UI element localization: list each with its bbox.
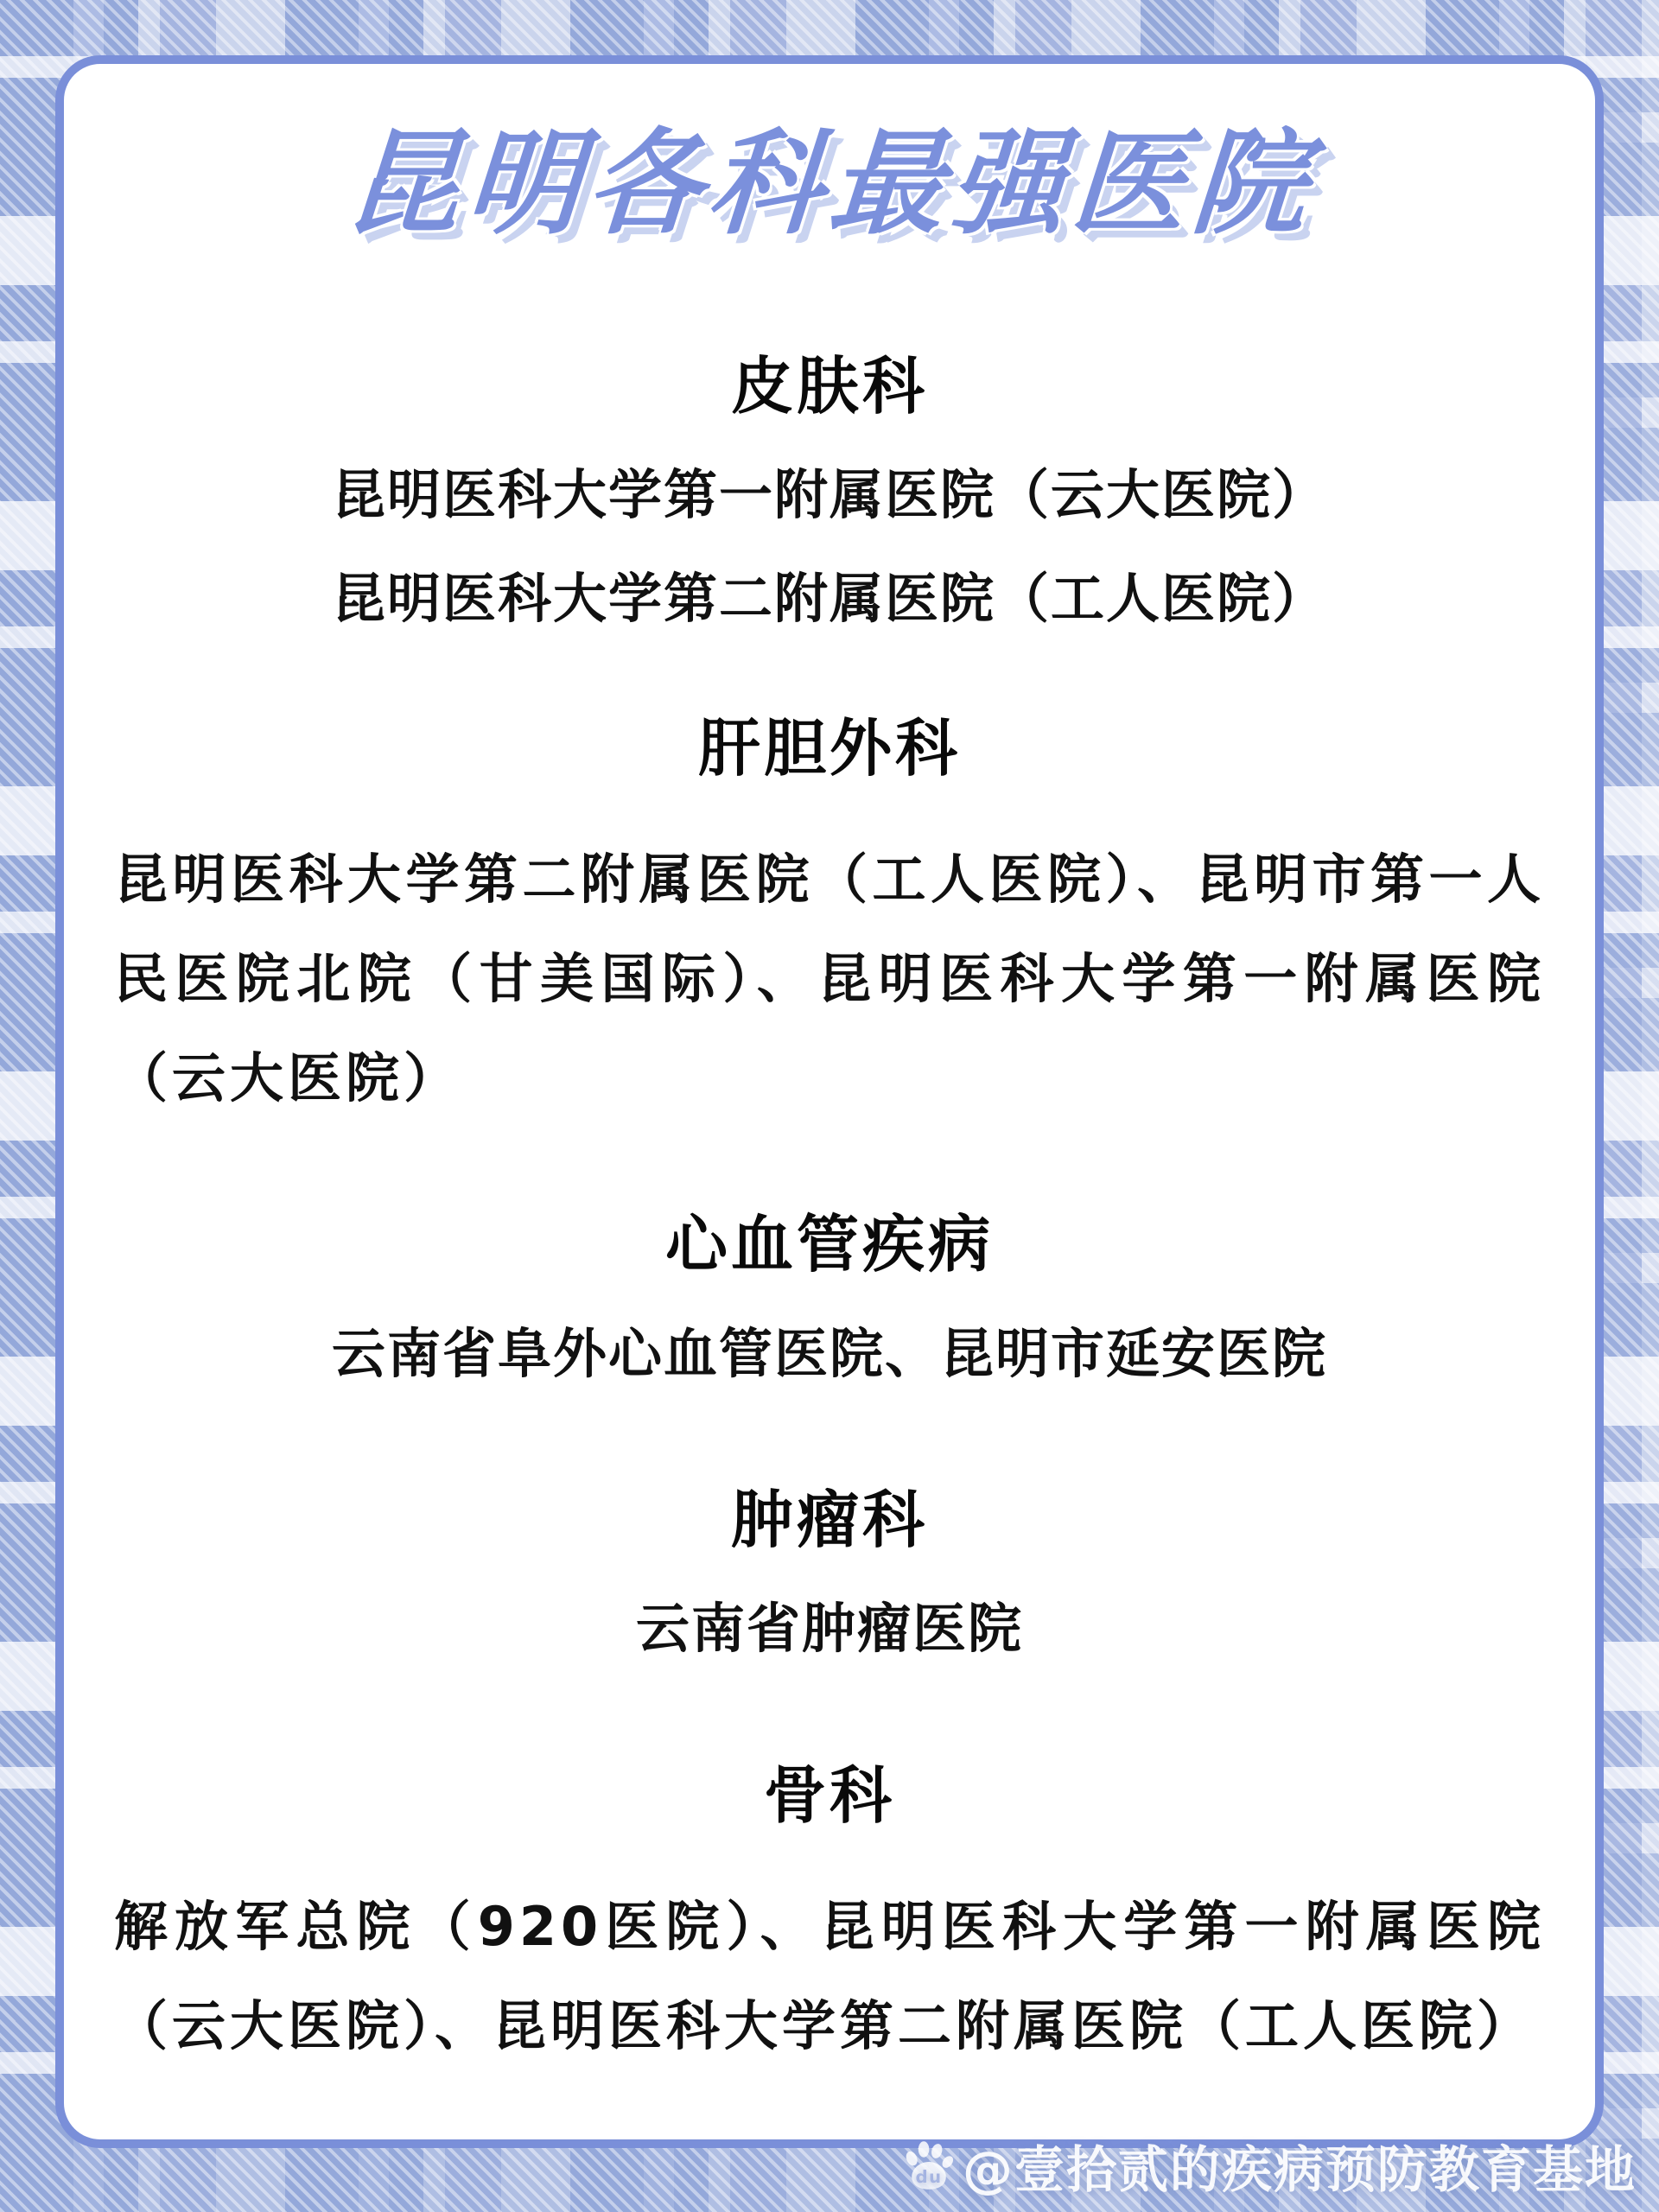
svg-text:du: du (916, 2167, 943, 2187)
hospital-paragraph: 解放军总院（920医院）、昆明医科大学第一附属医院（云大医院）、昆明医科大学第二… (114, 1878, 1545, 2075)
section-heading-orthopedics: 骨科 (114, 1758, 1545, 1833)
hospital-line: 云南省肿瘤医院 (114, 1597, 1545, 1661)
section-heading-cardiovascular: 心血管疾病 (114, 1207, 1545, 1281)
hospital-line: 云南省阜外心血管医院、昆明市延安医院 (114, 1322, 1545, 1386)
section-heading-dermatology: 皮肤科 (114, 349, 1545, 423)
hospital-line: 昆明医科大学第二附属医院（工人医院） (114, 567, 1545, 631)
baidu-paw-icon: du (900, 2137, 957, 2194)
poster-card: 昆明各科最强医院 皮肤科 昆明医科大学第一附属医院（云大医院） 昆明医科大学第二… (55, 55, 1604, 2148)
hospital-paragraph: 昆明医科大学第二附属医院（工人医院）、昆明市第一人民医院北院（甘美国际）、昆明医… (114, 830, 1545, 1128)
page-title: 昆明各科最强医院 (109, 111, 1550, 259)
section-heading-hepatobiliary: 肝胆外科 (114, 711, 1545, 785)
watermark: du @壹拾贰的疾病预防教育基地 (900, 2129, 1637, 2202)
watermark-text: @壹拾贰的疾病预防教育基地 (963, 2129, 1637, 2202)
hospital-line: 昆明医科大学第一附属医院（云大医院） (114, 463, 1545, 527)
section-heading-oncology: 肿瘤科 (114, 1483, 1545, 1557)
